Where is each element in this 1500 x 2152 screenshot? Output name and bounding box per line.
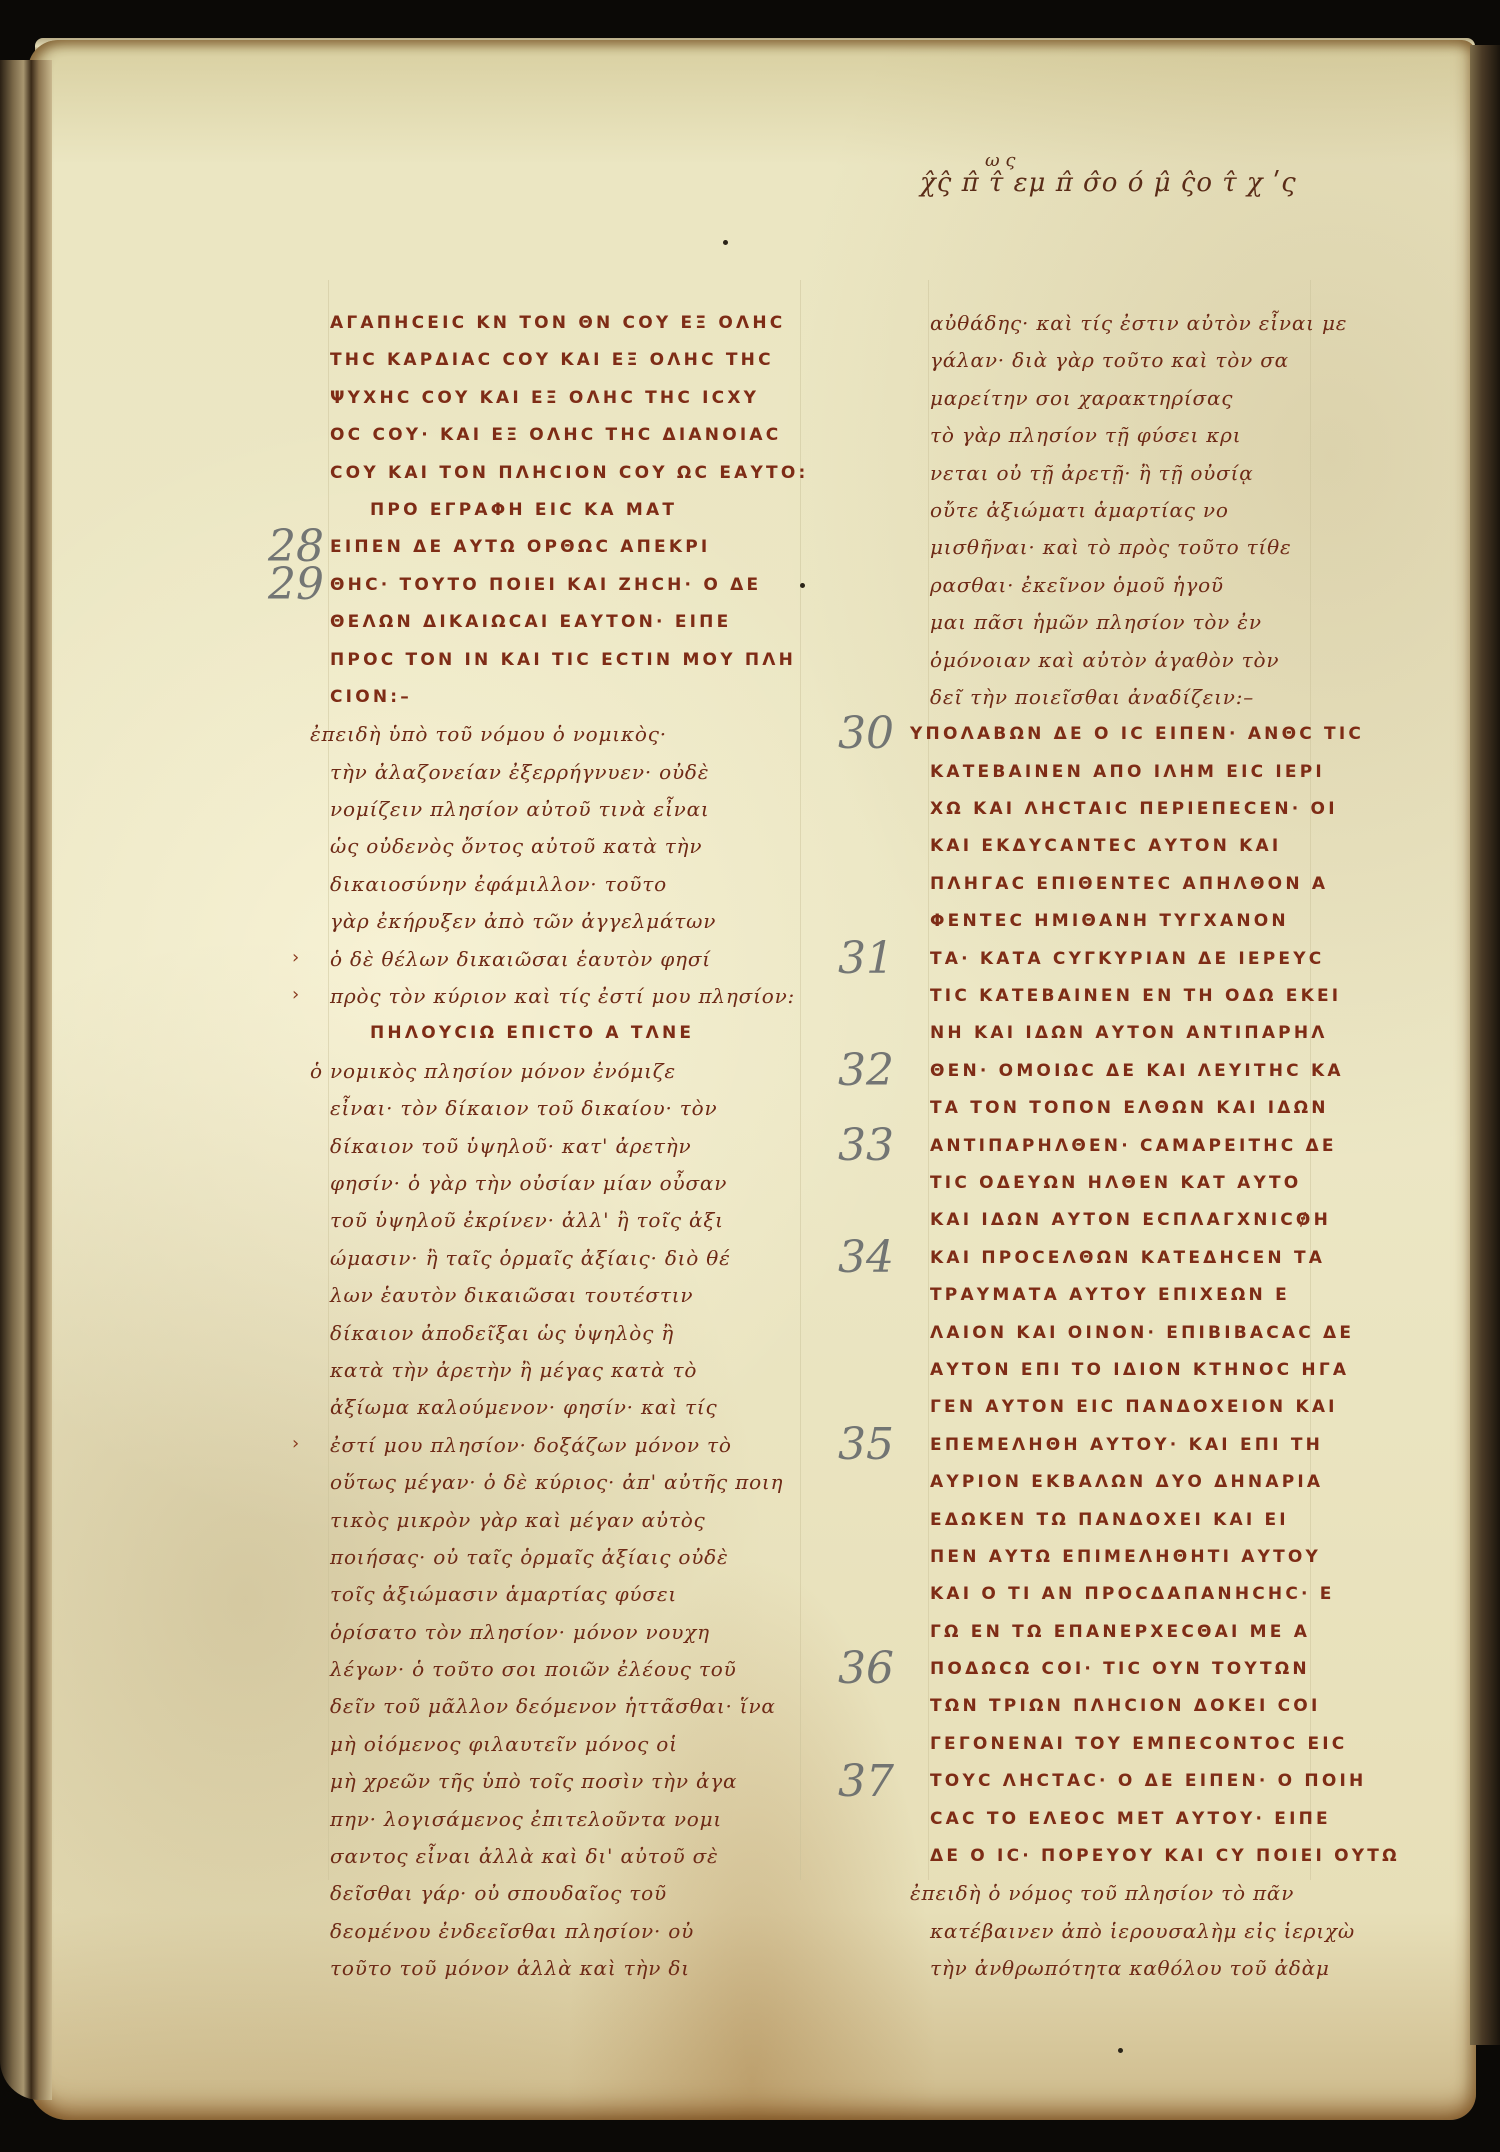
text-line: ΤΟΥϹ ΛΗϹΤΑϹ· Ο ΔΕ ΕΙΠΕΝ· Ο ΠΟΙΗ [930, 1763, 1310, 1800]
text-line: μαρείτην σοι χαρακτηρίσας [930, 380, 1310, 417]
text-line: ρασθαι· ἐκεῖνον ὁμοῦ ἡγοῦ [930, 567, 1310, 604]
text-line: λων ἑαυτὸν δικαιῶσαι τουτέστιν [330, 1277, 800, 1314]
text-line: κατέβαινεν ἀπὸ ἱερουσαλὴμ εἰς ἱεριχὼ [930, 1913, 1310, 1950]
verse-number-29: 29 [268, 559, 324, 610]
margin-mark: › [292, 984, 299, 1005]
text-line: ποιήσας· οὐ ταῖς ὁρμαῖς ἀξίαις οὐδὲ [330, 1539, 800, 1576]
text-line: ΑΥΤΟΝ ΕΠΙ ΤΟ ΙΔΙΟΝ ΚΤΗΝΟϹ ΗΓΑ [930, 1352, 1310, 1389]
text-line: γάλαν· διὰ γὰρ τοῦτο καὶ τὸν σα [930, 342, 1310, 379]
left-column: ΑΓΑΠΗϹΕΙϹ ΚΝ ΤΟΝ ΘΝ ϹΟΥ ΕΞ ΟΛΗϹΤΗϹ ΚΑΡΔΙ… [330, 305, 800, 1988]
text-line: ΤΩΝ ΤΡΙΩΝ ΠΛΗϹΙΟΝ ΔΟΚΕΙ ϹΟΙ [930, 1688, 1310, 1725]
text-line: δίκαιον τοῦ ὑψηλοῦ· κατ' ἀρετὴν [330, 1128, 800, 1165]
verse-number-31: 31 [838, 933, 894, 984]
text-line: ΟϹ ϹΟΥ· ΚΑΙ ΕΞ ΟΛΗϹ ΤΗϹ ΔΙΑΝΟΙΑϹ [330, 417, 800, 454]
text-line: τὴν ἀνθρωπότητα καθόλου τοῦ ἀδὰμ [930, 1950, 1310, 1987]
text-line: ΤΙϹ ΟΔΕΥΩΝ ΗΛΘΕΝ ΚΑΤ ΑΥΤΟ [930, 1165, 1310, 1202]
verse-number-34: 34 [838, 1232, 894, 1283]
text-line: τοῖς ἀξιώμασιν ἁμαρτίας φύσει [330, 1576, 800, 1613]
text-line: ΚΑΤΕΒΑΙΝΕΝ ΑΠΟ ΙΛΗΜ ΕΙϹ ΙΕΡΙ [930, 754, 1310, 791]
text-line: ΑΓΑΠΗϹΕΙϹ ΚΝ ΤΟΝ ΘΝ ϹΟΥ ΕΞ ΟΛΗϹ [330, 305, 800, 342]
margin-mark: / [1300, 1209, 1306, 1230]
text-line: ΘΗϹ· ΤΟΥΤΟ ΠΟΙΕΙ ΚΑΙ ΖΗϹΗ· Ο ΔΕ [330, 567, 800, 604]
right-column: αὐθάδης· καὶ τίς ἐστιν αὐτὸν εἶναι μεγάλ… [930, 305, 1310, 1988]
text-line: τοῦ ὑψηλοῦ ἐκρίνεν· ἀλλ' ἢ τοῖς ἀξι [330, 1202, 800, 1239]
text-line: δίκαιον ἀποδεῖξαι ὡς ὑψηλὸς ἢ [330, 1315, 800, 1352]
text-line: λέγων· ὁ τοῦτο σοι ποιῶν ἐλέους τοῦ [330, 1651, 800, 1688]
text-line: ὁ δὲ θέλων δικαιῶσαι ἑαυτὸν φησί [330, 941, 800, 978]
text-line: ΠΟΔΩϹΩ ϹΟΙ· ΤΙϹ ΟΥΝ ΤΟΥΤΩΝ [930, 1651, 1310, 1688]
text-line: ἐπειδὴ ὑπὸ τοῦ νόμου ὁ νομικὸς· [310, 716, 800, 753]
text-line: ΚΑΙ ΕΚΔΥϹΑΝΤΕϹ ΑΥΤΟΝ ΚΑΙ [930, 828, 1310, 865]
text-line: οὕτως μέγαν· ὁ δὲ κύριος· ἀπ' αὐτῆς ποιη [330, 1464, 800, 1501]
text-line: ὁρίσατο τὸν πλησίον· μόνον νουχη [330, 1614, 800, 1651]
verse-number-30: 30 [838, 708, 894, 759]
text-line: ΕΔΩΚΕΝ ΤΩ ΠΑΝΔΟΧΕΙ ΚΑΙ ΕΙ [930, 1502, 1310, 1539]
text-line: ΝΗ ΚΑΙ ΙΔΩΝ ΑΥΤΟΝ ΑΝΤΙΠΑΡΗΛ [930, 1015, 1310, 1052]
text-line: ΑΥΡΙΟΝ ΕΚΒΑΛΩΝ ΔΥΟ ΔΗΝΑΡΙΑ [930, 1464, 1310, 1501]
text-line: ΤΙϹ ΚΑΤΕΒΑΙΝΕΝ ΕΝ ΤΗ ΟΔΩ ΕΚΕΙ [930, 978, 1310, 1015]
binding-edge [0, 60, 52, 2100]
text-line: ΠΡΟ ΕΓΡΑΦΗ ΕΙϹ ΚΑ ΜΑΤ [330, 492, 800, 529]
text-line: ΕΠΕΜΕΛΗΘΗ ΑΥΤΟΥ· ΚΑΙ ΕΠΙ ΤΗ [930, 1427, 1310, 1464]
text-line: ΤΑ· ΚΑΤΑ ϹΥΓΚΥΡΙΑΝ ΔΕ ΙΕΡΕΥϹ [930, 941, 1310, 978]
text-line: αὐθάδης· καὶ τίς ἐστιν αὐτὸν εἶναι με [930, 305, 1310, 342]
text-line: μὴ χρεῶν τῆς ὑπὸ τοῖς ποσὶν τὴν ἀγα [330, 1763, 800, 1800]
text-line: ΦΕΝΤΕϹ ΗΜΙΘΑΝΗ ΤΥΓΧΑΝΟΝ [930, 903, 1310, 940]
text-line: ΛΑΙΟΝ ΚΑΙ ΟΙΝΟΝ· ΕΠΙΒΙΒΑϹΑϹ ΔΕ [930, 1315, 1310, 1352]
text-line: ΚΑΙ ΠΡΟϹΕΛΘΩΝ ΚΑΤΕΔΗϹΕΝ ΤΑ [930, 1240, 1310, 1277]
ink-speck [723, 240, 728, 245]
text-line: οὔτε ἀξιώματι ἁμαρτίας νο [930, 492, 1310, 529]
text-line: ἐστί μου πλησίον· δοξάζων μόνον τὸ [330, 1427, 800, 1464]
text-line: τὸ γὰρ πλησίον τῇ φύσει κρι [930, 417, 1310, 454]
text-line: γὰρ ἐκήρυξεν ἀπὸ τῶν ἀγγελμάτων [330, 903, 800, 940]
text-line: ἀξίωμα καλούμενον· φησίν· καὶ τίς [330, 1389, 800, 1426]
text-line: κατὰ τὴν ἀρετὴν ἢ μέγας κατὰ τὸ [330, 1352, 800, 1389]
text-line: ἐπειδὴ ὁ νόμος τοῦ πλησίον τὸ πᾶν [910, 1875, 1310, 1912]
text-line: ΤΑ ΤΟΝ ΤΟΠΟΝ ΕΛΘΩΝ ΚΑΙ ΙΔΩΝ [930, 1090, 1310, 1127]
text-line: ΔΕ Ο ΙϹ· ΠΟΡΕΥΟΥ ΚΑΙ ϹΥ ΠΟΙΕΙ ΟΥΤΩ [930, 1838, 1310, 1875]
text-line: νομίζειν πλησίον αὐτοῦ τινὰ εἶναι [330, 791, 800, 828]
text-line: ΠΡΟϹ ΤΟΝ ΙΝ ΚΑΙ ΤΙϹ ΕϹΤΙΝ ΜΟΥ ΠΛΗ [330, 642, 800, 679]
text-line: μαι πᾶσι ἡμῶν πλησίον τὸν ἐν [930, 604, 1310, 641]
text-line: ΠΗΛΟΥϹΙΩ ΕΠΙϹΤΟ Α ΤΛΝΕ [330, 1015, 800, 1052]
text-line: ΑΝΤΙΠΑΡΗΛΘΕΝ· ϹΑΜΑΡΕΙΤΗϹ ΔΕ [930, 1128, 1310, 1165]
text-line: μὴ οἰόμενος φιλαυτεῖν μόνος οἱ [330, 1726, 800, 1763]
header-note: χ̂ς̂ π̂ τ̂ εμ π̂ σ̂ο ό μ̂ ς̂ο τ̂ χ ʹς [920, 168, 1297, 198]
ink-speck [1118, 2048, 1123, 2053]
text-line: τοῦτο τοῦ μόνον ἀλλὰ καὶ τὴν δι [330, 1950, 800, 1987]
text-line: ΓΕΝ ΑΥΤΟΝ ΕΙϹ ΠΑΝΔΟΧΕΙΟΝ ΚΑΙ [930, 1389, 1310, 1426]
margin-mark: › [292, 1433, 299, 1454]
text-line: ϹΟΥ ΚΑΙ ΤΟΝ ΠΛΗϹΙΟΝ ϹΟΥ ΩϹ ΕΑΥΤΟ: [330, 455, 800, 492]
text-line: τικὸς μικρὸν γὰρ καὶ μέγαν αὐτὸς [330, 1502, 800, 1539]
text-line: ϹΑϹ ΤΟ ΕΛΕΟϹ ΜΕΤ ΑΥΤΟΥ· ΕΙΠΕ [930, 1801, 1310, 1838]
verse-number-35: 35 [838, 1419, 894, 1470]
text-line: ὡς οὐδενὸς ὄντος αὐτοῦ κατὰ τὴν [330, 828, 800, 865]
text-line: πην· λογισάμενος ἐπιτελοῦντα νομι [330, 1801, 800, 1838]
text-line: τὴν ἀλαζονείαν ἐξερρήγνυεν· οὐδὲ [330, 754, 800, 791]
verse-number-36: 36 [838, 1643, 894, 1694]
text-line: ΧΩ ΚΑΙ ΛΗϹΤΑΙϹ ΠΕΡΙΕΠΕϹΕΝ· ΟΙ [930, 791, 1310, 828]
text-line: δεῖσθαι γάρ· οὐ σπουδαῖος τοῦ [330, 1875, 800, 1912]
text-line: ϹΙΟΝ:– [330, 679, 800, 716]
text-line: πρὸς τὸν κύριον καὶ τίς ἐστί μου πλησίον… [330, 978, 800, 1015]
text-line: ΤΗϹ ΚΑΡΔΙΑϹ ϹΟΥ ΚΑΙ ΕΞ ΟΛΗϹ ΤΗϹ [330, 342, 800, 379]
text-line: ὁ νομικὸς πλησίον μόνον ἐνόμιζε [310, 1053, 800, 1090]
text-line: ΚΑΙ ΙΔΩΝ ΑΥΤΟΝ ΕϹΠΛΑΓΧΝΙϹΘΗ [930, 1202, 1310, 1239]
verse-number-37: 37 [838, 1756, 894, 1807]
text-line: δεῖν τοῦ μᾶλλον δεόμενον ἡττᾶσθαι· ἵνα [330, 1688, 800, 1725]
text-line: ΓΕΓΟΝΕΝΑΙ ΤΟΥ ΕΜΠΕϹΟΝΤΟϹ ΕΙϹ [930, 1726, 1310, 1763]
text-line: εἶναι· τὸν δίκαιον τοῦ δικαίου· τὸν [330, 1090, 800, 1127]
text-line: φησίν· ὁ γὰρ τὴν οὐσίαν μίαν οὖσαν [330, 1165, 800, 1202]
text-line: δεομένου ἐνδεεῖσθαι πλησίον· οὐ [330, 1913, 800, 1950]
text-line: ὁμόνοιαν καὶ αὐτὸν ἀγαθὸν τὸν [930, 642, 1310, 679]
text-line: ΘΕΝ· ΟΜΟΙΩϹ ΔΕ ΚΑΙ ΛΕΥΙΤΗϹ ΚΑ [930, 1053, 1310, 1090]
ruling-line [800, 280, 801, 1880]
text-line: ΤΡΑΥΜΑΤΑ ΑΥΤΟΥ ΕΠΙΧΕΩΝ Ε [930, 1277, 1310, 1314]
text-line: μισθῆναι· καὶ τὸ πρὸς τοῦτο τίθε [930, 529, 1310, 566]
text-line: ΚΑΙ Ο ΤΙ ΑΝ ΠΡΟϹΔΑΠΑΝΗϹΗϹ· Ε [930, 1576, 1310, 1613]
text-line: νεται οὐ τῇ ἀρετῇ· ἢ τῇ οὐσίᾳ [930, 455, 1310, 492]
text-line: ΠΛΗΓΑϹ ΕΠΙΘΕΝΤΕϹ ΑΠΗΛΘΟΝ Α [930, 866, 1310, 903]
ink-speck [800, 583, 805, 588]
text-line: ώμασιν· ἢ ταῖς ὁρμαῖς ἀξίαις· διὸ θέ [330, 1240, 800, 1277]
text-line: ΨΥΧΗϹ ϹΟΥ ΚΑΙ ΕΞ ΟΛΗϹ ΤΗϹ ΙϹΧΥ [330, 380, 800, 417]
text-line: ΓΩ ΕΝ ΤΩ ΕΠΑΝΕΡΧΕϹΘΑΙ ΜΕ Α [930, 1614, 1310, 1651]
text-line: ΠΕΝ ΑΥΤΩ ΕΠΙΜΕΛΗΘΗΤΙ ΑΥΤΟΥ [930, 1539, 1310, 1576]
ruling-line [928, 280, 929, 1880]
text-line: σαντος εἶναι ἀλλὰ καὶ δι' αὐτοῦ σὲ [330, 1838, 800, 1875]
page-right-edge [1470, 45, 1500, 2045]
verse-number-32: 32 [838, 1045, 894, 1096]
text-line: ΕΙΠΕΝ ΔΕ ΑΥΤΩ ΟΡΘΩϹ ΑΠΕΚΡΙ [330, 529, 800, 566]
text-line: ΘΕΛΩΝ ΔΙΚΑΙΩϹΑΙ ΕΑΥΤΟΝ· ΕΙΠΕ [330, 604, 800, 641]
text-line: δεῖ τὴν ποιεῖσθαι ἀναδίζειν:– [930, 679, 1310, 716]
text-line: ΥΠΟΛΑΒΩΝ ΔΕ Ο ΙϹ ΕΙΠΕΝ· ΑΝΘϹ ΤΙϹ [910, 716, 1310, 753]
text-line: δικαιοσύνην ἐφάμιλλον· τοῦτο [330, 866, 800, 903]
margin-mark: › [292, 947, 299, 968]
verse-number-33: 33 [838, 1120, 894, 1171]
